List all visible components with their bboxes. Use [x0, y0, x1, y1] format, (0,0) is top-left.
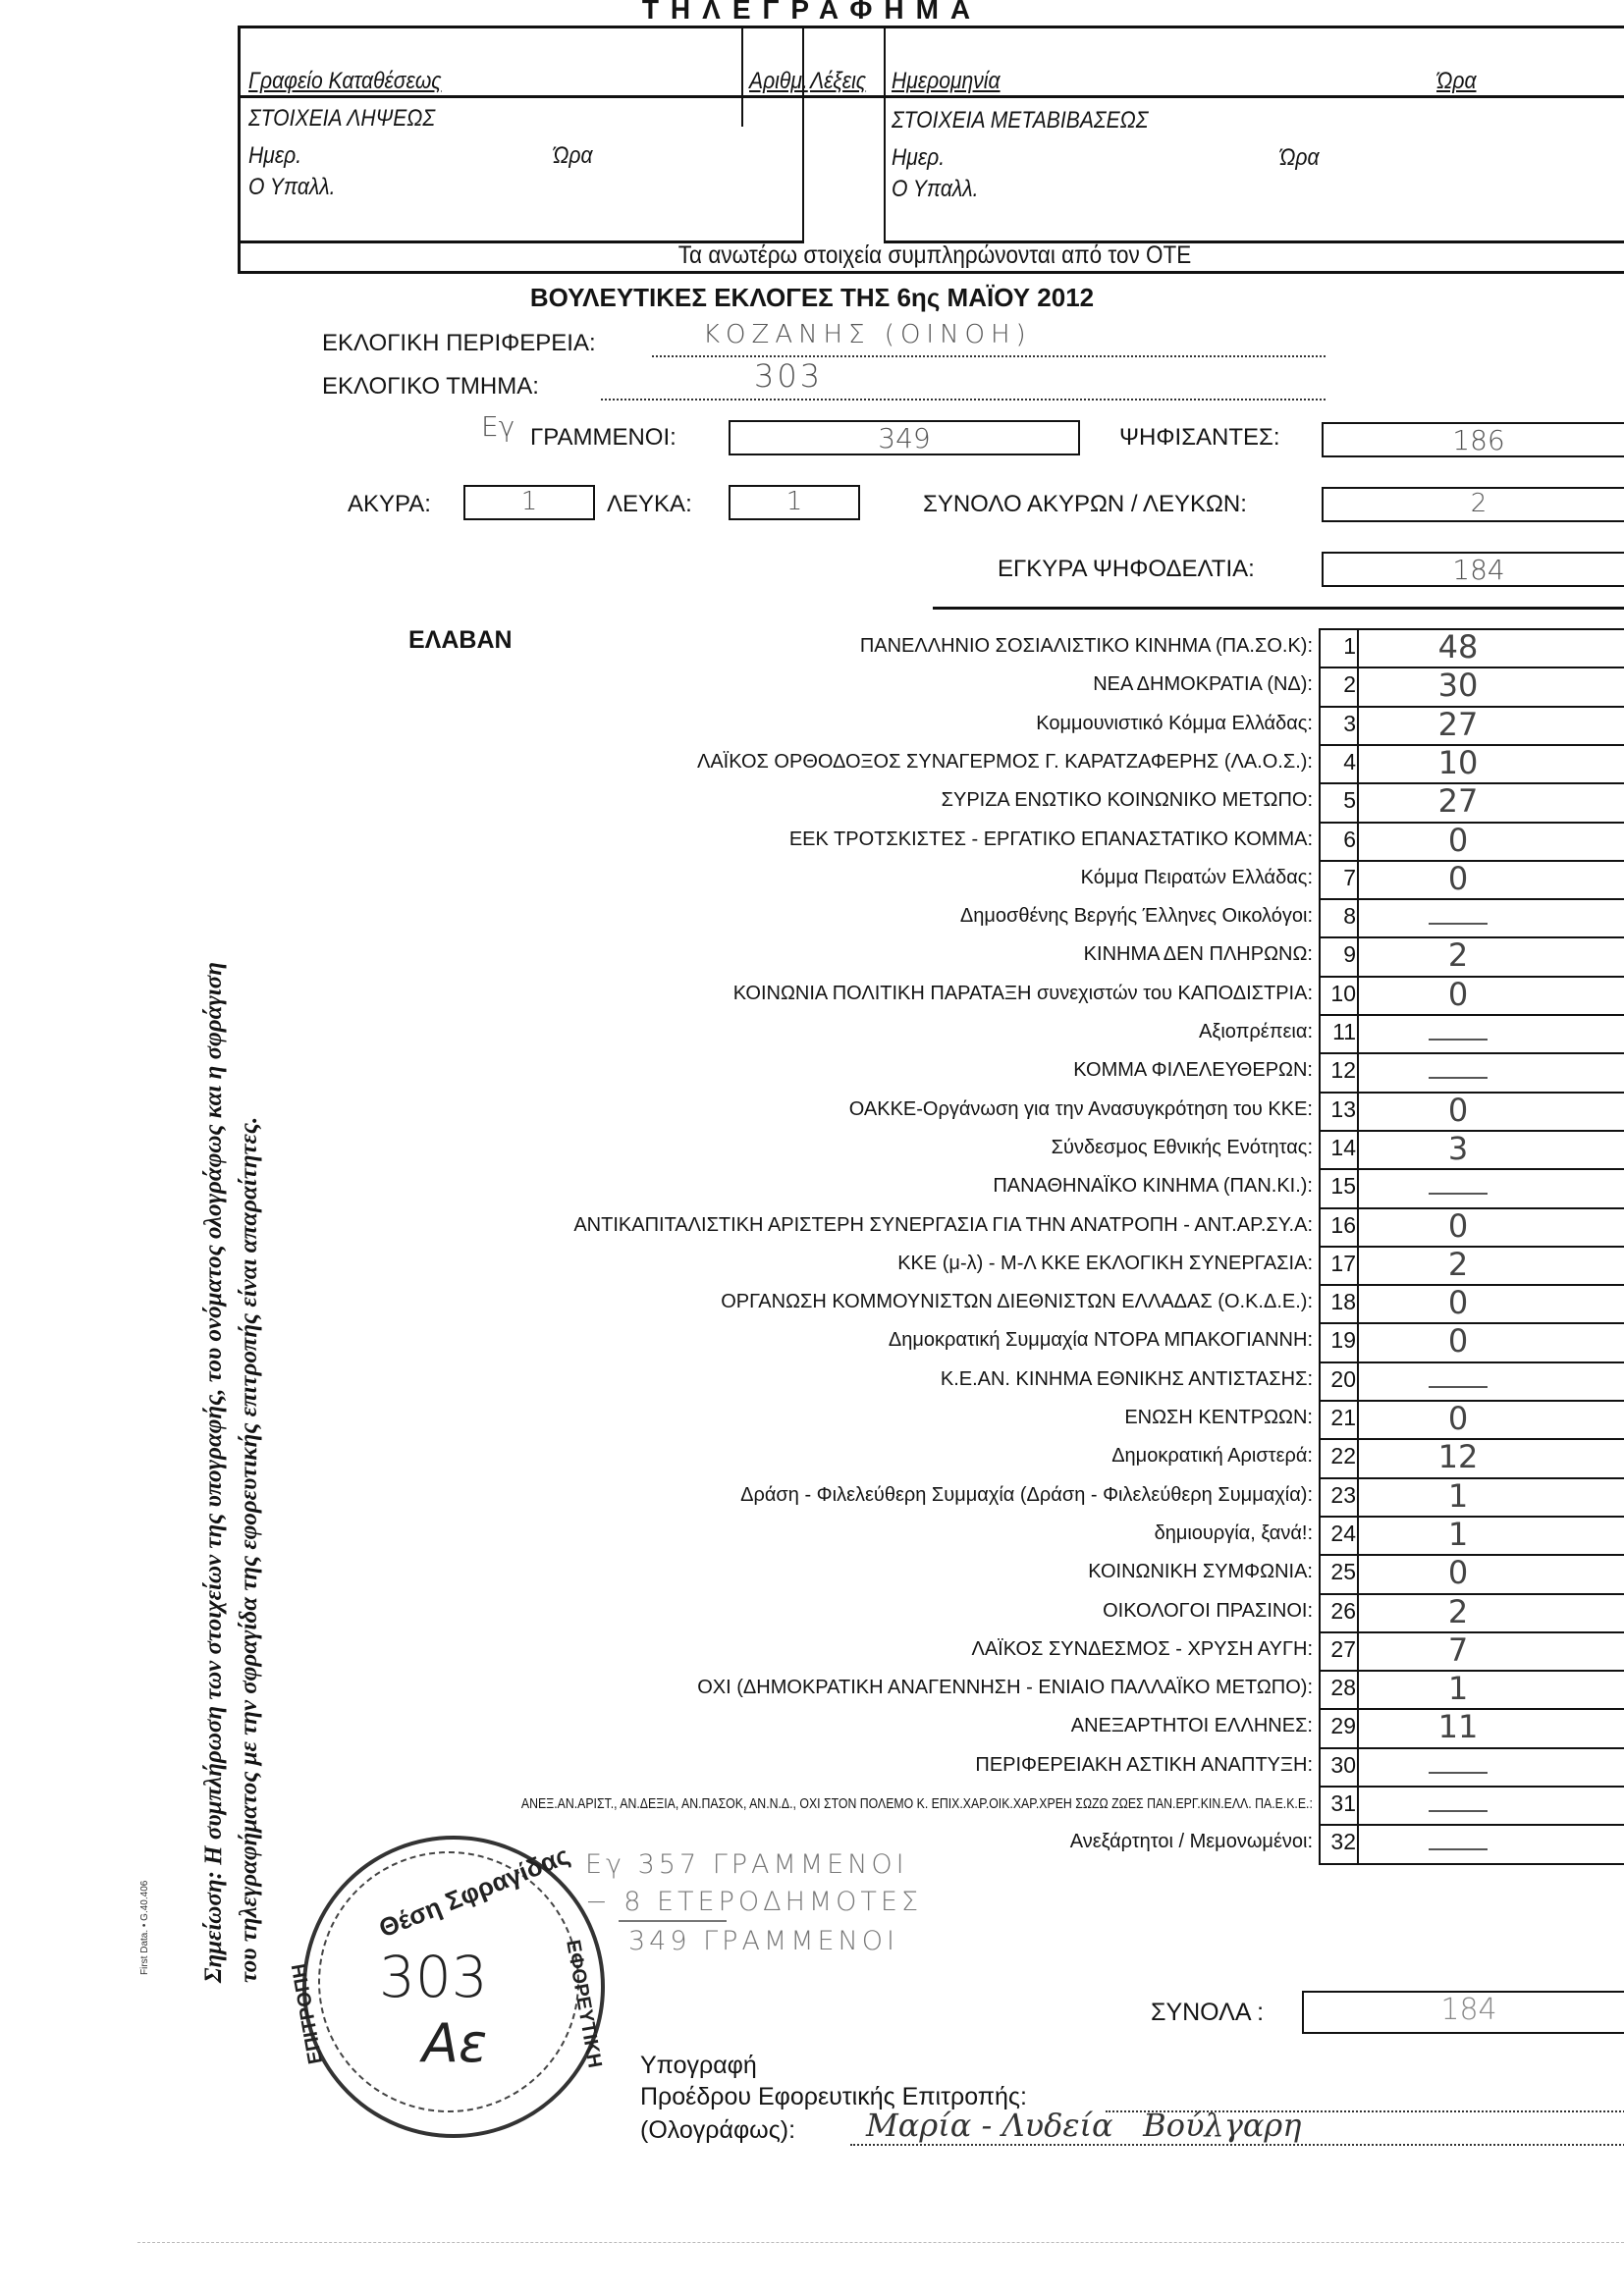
- table-row: ΛΑΪΚΟΣ ΣΥΝΔΕΣΜΟΣ - ΧΡΥΣΗ ΑΥΓΗ:277: [295, 1631, 1624, 1670]
- table-row-line: [1319, 1863, 1624, 1865]
- party-number: 1: [1319, 633, 1356, 660]
- no-votes-dash: [1429, 923, 1488, 925]
- district-field[interactable]: ΚΟΖΑΝΗΣ (ΟΙΝΟΗ): [652, 324, 1326, 357]
- party-number: 16: [1319, 1212, 1356, 1239]
- signature-name-label: (Ολογράφως):: [640, 2116, 795, 2145]
- handwritten-note-line1: Εγ 357 ΓΡΑΜΜΕΝΟΙ: [585, 1849, 908, 1880]
- registered-prefix: Εγ: [481, 410, 514, 443]
- party-votes-field[interactable]: [1365, 1786, 1551, 1823]
- signature-label: Υπογραφή: [640, 2052, 757, 2080]
- divider: [884, 28, 886, 242]
- party-name: ΚΟΜΜΑ ΦΙΛΕΛΕΥΘΕΡΩΝ:: [1073, 1059, 1313, 1082]
- party-number: 6: [1319, 827, 1356, 853]
- party-votes-field[interactable]: [1365, 1014, 1551, 1051]
- party-number: 22: [1319, 1443, 1356, 1469]
- invalid-label: ΑΚΥΡΑ:: [348, 491, 431, 518]
- party-name: ΚΟΙΝΩΝΙΚΗ ΣΥΜΦΩΝΙΑ:: [1088, 1561, 1313, 1583]
- ote-note: Τα ανωτέρω στοιχεία συμπληρώνονται από τ…: [307, 241, 1562, 270]
- party-name: ΑΝΤΙΚΑΠΙΤΑΛΙΣΤΙΚΗ ΑΡΙΣΤΕΡΗ ΣΥΝΕΡΓΑΣΙΑ ΓΙ…: [573, 1214, 1313, 1237]
- party-votes: 10: [1438, 744, 1479, 781]
- section-label: ΕΚΛΟΓΙΚΟ ΤΜΗΜΑ:: [322, 373, 539, 400]
- table-row: Δημοκρατική Αριστερά:2212: [295, 1438, 1624, 1476]
- party-number: 29: [1319, 1713, 1356, 1739]
- voted-label: ΨΗΦΙΣΑΝΤΕΣ:: [1119, 424, 1280, 452]
- party-votes-field[interactable]: 0: [1365, 1400, 1551, 1437]
- no-votes-dash: [1429, 1386, 1488, 1388]
- blank-value: 1: [786, 487, 803, 516]
- party-votes-field[interactable]: 27: [1365, 706, 1551, 743]
- party-number: 2: [1319, 671, 1356, 698]
- handwritten-note-line3: 349 ΓΡΑΜΜΕΝΟΙ: [628, 1926, 898, 1956]
- party-votes-field[interactable]: 1: [1365, 1477, 1551, 1515]
- party-votes-field[interactable]: 1: [1365, 1516, 1551, 1553]
- table-row: ΟΧΙ (ΔΗΜΟΚΡΑΤΙΚΗ ΑΝΑΓΕΝΝΗΣΗ - ΕΝΙΑΙΟ ΠΑΛ…: [295, 1670, 1624, 1708]
- no-votes-dash: [1429, 1848, 1488, 1850]
- telegram-title: ΤΗΛΕΓΡΑΦΗΜΑ: [0, 0, 1624, 26]
- party-number: 31: [1319, 1790, 1356, 1817]
- note-underline: [619, 1920, 727, 1922]
- party-number: 27: [1319, 1636, 1356, 1663]
- party-name: ΚΟΙΝΩΝΙΑ ΠΟΛΙΤΙΚΗ ΠΑΡΑΤΑΞΗ συνεχιστών το…: [733, 983, 1313, 1005]
- totals-field[interactable]: 184: [1302, 1991, 1624, 2034]
- party-number: 32: [1319, 1829, 1356, 1855]
- table-row: δημιουργία, ξανά!:241: [295, 1516, 1624, 1554]
- party-votes: 2: [1448, 1246, 1468, 1283]
- party-name: ΟΡΓΑΝΩΣΗ ΚΟΜΜΟΥΝΙΣΤΩΝ ΔΙΕΘΝΙΣΤΩΝ ΕΛΛΑΔΑΣ…: [721, 1291, 1313, 1313]
- party-votes: 30: [1438, 667, 1479, 704]
- words-label: Λέξεις: [810, 68, 866, 95]
- table-row: Κόμμα Πειρατών Ελλάδας:70: [295, 860, 1624, 898]
- party-name: Κ.Ε.ΑΝ. ΚΙΝΗΜΑ ΕΘΝΙΚΗΣ ΑΝΤΙΣΤΑΣΗΣ:: [941, 1368, 1313, 1391]
- party-number: 3: [1319, 711, 1356, 737]
- party-votes: 0: [1448, 860, 1468, 897]
- table-row: ΕΕΚ ΤΡΟΤΣΚΙΣΤΕΣ - ΕΡΓΑΤΙΚΟ ΕΠΑΝΑΣΤΑΤΙΚΟ …: [295, 822, 1624, 860]
- party-name: Δημοκρατική Αριστερά:: [1111, 1445, 1313, 1468]
- divider: [241, 95, 1624, 98]
- table-row: Αξιοπρέπεια:11: [295, 1014, 1624, 1052]
- party-votes-field[interactable]: 7: [1365, 1631, 1551, 1669]
- party-votes-field[interactable]: 0: [1365, 1284, 1551, 1321]
- party-votes: 1: [1448, 1670, 1468, 1707]
- party-votes: 48: [1438, 628, 1479, 666]
- table-row: ΛΑΪΚΟΣ ΟΡΘΟΔΟΞΟΣ ΣΥΝΑΓΕΡΜΟΣ Γ. ΚΑΡΑΤΖΑΦΕ…: [295, 744, 1624, 782]
- transmission-date-label: Ημερ.: [892, 144, 945, 172]
- party-name: ΠΕΡΙΦΕΡΕΙΑΚΗ ΑΣΤΙΚΗ ΑΝΑΠΤΥΞΗ:: [975, 1754, 1313, 1777]
- party-number: 25: [1319, 1559, 1356, 1585]
- stamp-initials: Αε: [422, 2012, 487, 2074]
- party-name: ΣΥΡΙΖΑ ΕΝΩΤΙΚΟ ΚΟΙΝΩΝΙΚΟ ΜΕΤΩΠΟ:: [942, 789, 1313, 812]
- party-number: 9: [1319, 941, 1356, 968]
- blank-field[interactable]: 1: [729, 485, 860, 520]
- table-row: Κ.Ε.ΑΝ. ΚΙΝΗΜΑ ΕΘΝΙΚΗΣ ΑΝΤΙΣΤΑΣΗΣ:20: [295, 1362, 1624, 1400]
- party-number: 17: [1319, 1251, 1356, 1277]
- table-row: ΣΥΡΙΖΑ ΕΝΩΤΙΚΟ ΚΟΙΝΩΝΙΚΟ ΜΕΤΩΠΟ:527: [295, 782, 1624, 821]
- table-row: ΠΑΝΕΛΛΗΝΙΟ ΣΟΣΙΑΛΙΣΤΙΚΟ ΚΙΝΗΜΑ (ΠΑ.ΣΟ.Κ)…: [295, 628, 1624, 667]
- party-votes-field[interactable]: 0: [1365, 860, 1551, 897]
- party-number: 23: [1319, 1482, 1356, 1509]
- office-label: Γραφείο Καταθέσεως: [248, 68, 442, 95]
- divider: [933, 607, 1624, 610]
- party-name: ΛΑΪΚΟΣ ΣΥΝΔΕΣΜΟΣ - ΧΡΥΣΗ ΑΥΓΗ:: [971, 1638, 1313, 1661]
- signature-name-value: Μαρία - Λυδεία Βούλγαρη: [866, 2107, 1301, 2144]
- transmission-title: ΣΤΟΙΧΕΙΑ ΜΕΤΑΒΙΒΑΣΕΩΣ: [892, 107, 1148, 134]
- transmission-time-label: Ώρα: [1279, 144, 1320, 172]
- table-row: ΚΟΜΜΑ ΦΙΛΕΛΕΥΘΕΡΩΝ:12: [295, 1052, 1624, 1091]
- date-label: Ημερομηνία: [892, 68, 1001, 95]
- party-votes-field[interactable]: 11: [1365, 1708, 1551, 1745]
- table-row: ΚΟΙΝΩΝΙΑ ΠΟΛΙΤΙΚΗ ΠΑΡΑΤΑΞΗ συνεχιστών το…: [295, 976, 1624, 1014]
- party-votes: 0: [1448, 1322, 1468, 1360]
- valid-value: 184: [1452, 554, 1504, 586]
- invalid-blank-total-field[interactable]: 2: [1322, 487, 1624, 522]
- party-number: 21: [1319, 1405, 1356, 1431]
- table-row: ΑΝΤΙΚΑΠΙΤΑΛΙΣΤΙΚΗ ΑΡΙΣΤΕΡΗ ΣΥΝΕΡΓΑΣΙΑ ΓΙ…: [295, 1207, 1624, 1246]
- table-row: ΑΝΕΞ.ΑΝ.ΑΡΙΣΤ., ΑΝ.ΔΕΞΙΑ, ΑΝ.ΠΑΣΟΚ, ΑΝ.Ν…: [295, 1786, 1624, 1824]
- table-row: Σύνδεσμος Εθνικής Ενότητας:143: [295, 1130, 1624, 1168]
- party-name: ΕΝΩΣΗ ΚΕΝΤΡΩΩΝ:: [1124, 1407, 1313, 1429]
- party-votes: 2: [1448, 1593, 1468, 1630]
- party-votes: 1: [1448, 1477, 1468, 1515]
- divider: [802, 28, 804, 242]
- party-votes-field[interactable]: 12: [1365, 1438, 1551, 1475]
- party-votes-field[interactable]: [1365, 898, 1551, 935]
- table-row: Δημοκρατική Συμμαχία ΝΤΟΡΑ ΜΠΑΚΟΓΙΑΝΝΗ:1…: [295, 1322, 1624, 1361]
- table-row: ΚΙΝΗΜΑ ΔΕΝ ΠΛΗΡΩΝΩ:92: [295, 936, 1624, 975]
- party-votes-field[interactable]: 1: [1365, 1670, 1551, 1707]
- party-votes-field[interactable]: 30: [1365, 667, 1551, 704]
- party-votes: 0: [1448, 1284, 1468, 1321]
- party-votes: 1: [1448, 1516, 1468, 1553]
- party-votes-field[interactable]: [1365, 1362, 1551, 1399]
- party-votes: 27: [1438, 782, 1479, 820]
- invalid-field[interactable]: 1: [463, 485, 595, 520]
- divider: [137, 2242, 1624, 2243]
- party-votes-field[interactable]: 2: [1365, 1593, 1551, 1630]
- party-votes-field[interactable]: [1365, 1824, 1551, 1861]
- party-number: 20: [1319, 1366, 1356, 1393]
- party-number: 13: [1319, 1096, 1356, 1123]
- party-votes-field[interactable]: [1365, 1747, 1551, 1785]
- invalid-value: 1: [521, 487, 538, 516]
- party-votes-field[interactable]: 27: [1365, 782, 1551, 820]
- party-votes-field[interactable]: 48: [1365, 628, 1551, 666]
- party-votes-field[interactable]: 0: [1365, 1207, 1551, 1245]
- party-votes-field[interactable]: 0: [1365, 822, 1551, 859]
- party-votes: 0: [1448, 1207, 1468, 1245]
- party-number: 30: [1319, 1752, 1356, 1779]
- party-votes-field[interactable]: 0: [1365, 1554, 1551, 1591]
- table-row: ΠΑΝΑΘΗΝΑΪΚΟ ΚΙΝΗΜΑ (ΠΑΝ.ΚΙ.):15: [295, 1168, 1624, 1206]
- registered-value: 349: [878, 422, 930, 454]
- printer-mark: First Data. • G.40.406: [139, 1881, 150, 1975]
- party-votes: 27: [1438, 706, 1479, 743]
- party-number: 7: [1319, 865, 1356, 891]
- party-name: ΟΧΙ (ΔΗΜΟΚΡΑΤΙΚΗ ΑΝΑΓΕΝΝΗΣΗ - ΕΝΙΑΙΟ ΠΑΛ…: [697, 1677, 1313, 1699]
- party-name: ΑΝΕΞ.ΑΝ.ΑΡΙΣΤ., ΑΝ.ΔΕΞΙΑ, ΑΝ.ΠΑΣΟΚ, ΑΝ.Ν…: [521, 1795, 1313, 1812]
- side-note-line1: Σημείωση: Η συμπλήρωση των στοιχείων της…: [196, 962, 232, 1983]
- section-value: 303: [754, 357, 823, 395]
- valid-label: ΕΓΚΥΡΑ ΨΗΦΟΔΕΛΤΙΑ:: [998, 556, 1255, 583]
- party-votes: 3: [1448, 1130, 1468, 1167]
- election-title: ΒΟΥΛΕΥΤΙΚΕΣ ΕΚΛΟΓΕΣ ΤΗΣ 6ης ΜΑΪΟΥ 2012: [0, 283, 1624, 313]
- party-votes-field[interactable]: 2: [1365, 1246, 1551, 1283]
- side-note-line2: του τηλεγραφήματος με την σφραγίδα της ε…: [232, 962, 267, 1983]
- transmission-clerk-label: Ο Υπαλλ.: [892, 176, 979, 203]
- party-name: ΟΑΚΚΕ-Οργάνωση για την Ανασυγκρότηση του…: [849, 1098, 1313, 1121]
- party-name: Σύνδεσμος Εθνικής Ενότητας:: [1052, 1137, 1313, 1159]
- stamp-number: 303: [379, 1944, 488, 2010]
- party-number: 5: [1319, 787, 1356, 814]
- party-name: Κόμμα Πειρατών Ελλάδας:: [1081, 867, 1313, 889]
- party-votes-field[interactable]: 0: [1365, 1092, 1551, 1129]
- party-votes: 12: [1438, 1438, 1479, 1475]
- party-votes: 0: [1448, 1400, 1468, 1437]
- party-number: 18: [1319, 1289, 1356, 1315]
- section-field[interactable]: 303: [601, 367, 1326, 400]
- reception-date-label: Ημερ.: [248, 142, 301, 170]
- no-votes-dash: [1429, 1077, 1488, 1079]
- invalid-blank-total-value: 2: [1471, 489, 1488, 518]
- party-number: 19: [1319, 1327, 1356, 1354]
- party-votes-field[interactable]: 0: [1365, 976, 1551, 1013]
- party-votes: 2: [1448, 936, 1468, 974]
- totals-value: 184: [1440, 1993, 1496, 2027]
- table-row: ΠΕΡΙΦΕΡΕΙΑΚΗ ΑΣΤΙΚΗ ΑΝΑΠΤΥΞΗ:30: [295, 1747, 1624, 1786]
- side-note: Σημείωση: Η συμπλήρωση των στοιχείων της…: [196, 962, 267, 1983]
- table-row: ΑΝΕΞΑΡΤΗΤΟΙ ΕΛΛΗΝΕΣ:2911: [295, 1708, 1624, 1746]
- number-label: Αριθμ.: [749, 68, 808, 95]
- table-row: ΚΚΕ (μ-λ) - Μ-Λ ΚΚΕ ΕΚΛΟΓΙΚΗ ΣΥΝΕΡΓΑΣΙΑ:…: [295, 1246, 1624, 1284]
- divider: [238, 271, 1624, 274]
- party-votes-field[interactable]: 10: [1365, 744, 1551, 781]
- party-number: 10: [1319, 981, 1356, 1007]
- district-value: ΚΟΖΑΝΗΣ (ΟΙΝΟΗ): [703, 320, 1032, 349]
- ote-header-block: Γραφείο Καταθέσεως Αριθμ. Λέξεις Ημερομη…: [238, 26, 1624, 274]
- party-number: 26: [1319, 1598, 1356, 1625]
- party-votes: 7: [1448, 1631, 1468, 1669]
- totals-label: ΣΥΝΟΛΑ :: [1151, 1999, 1264, 2027]
- voted-field[interactable]: 186: [1322, 422, 1624, 457]
- party-votes-field[interactable]: [1365, 1168, 1551, 1205]
- time-label: Ώρα: [1436, 68, 1477, 95]
- registered-field[interactable]: 349: [729, 420, 1080, 455]
- divider: [741, 28, 743, 127]
- reception-clerk-label: Ο Υπαλλ.: [248, 174, 336, 201]
- party-votes: 0: [1448, 1092, 1468, 1129]
- party-name: ΠΑΝΕΛΛΗΝΙΟ ΣΟΣΙΑΛΙΣΤΙΚΟ ΚΙΝΗΜΑ (ΠΑ.ΣΟ.Κ)…: [860, 635, 1313, 658]
- signature-name-field[interactable]: Μαρία - Λυδεία Βούλγαρη: [850, 2122, 1624, 2146]
- party-name: Κομμουνιστικό Κόμμα Ελλάδας:: [1036, 713, 1313, 735]
- party-name: Δράση - Φιλελεύθερη Συμμαχία (Δράση - Φι…: [740, 1484, 1313, 1507]
- party-name: ΝΕΑ ΔΗΜΟΚΡΑΤΙΑ (ΝΔ):: [1093, 673, 1313, 696]
- party-votes: 11: [1438, 1708, 1479, 1745]
- party-votes: 0: [1448, 1554, 1468, 1591]
- no-votes-dash: [1429, 1039, 1488, 1041]
- party-name: ΚΚΕ (μ-λ) - Μ-Λ ΚΚΕ ΕΚΛΟΓΙΚΗ ΣΥΝΕΡΓΑΣΙΑ:: [897, 1253, 1313, 1275]
- party-number: 15: [1319, 1173, 1356, 1200]
- no-votes-dash: [1429, 1193, 1488, 1195]
- reception-time-label: Ώρα: [553, 142, 593, 170]
- party-number: 28: [1319, 1675, 1356, 1701]
- table-row: ΕΝΩΣΗ ΚΕΝΤΡΩΩΝ:210: [295, 1400, 1624, 1438]
- party-votes: 0: [1448, 822, 1468, 859]
- party-name: Δημοκρατική Συμμαχία ΝΤΟΡΑ ΜΠΑΚΟΓΙΑΝΝΗ:: [889, 1329, 1313, 1352]
- table-row: ΚΟΙΝΩΝΙΚΗ ΣΥΜΦΩΝΙΑ:250: [295, 1554, 1624, 1592]
- party-number: 24: [1319, 1521, 1356, 1547]
- party-name: ΟΙΚΟΛΟΓΟΙ ΠΡΑΣΙΝΟΙ:: [1103, 1600, 1313, 1623]
- party-name: ΕΕΚ ΤΡΟΤΣΚΙΣΤΕΣ - ΕΡΓΑΤΙΚΟ ΕΠΑΝΑΣΤΑΤΙΚΟ …: [789, 828, 1313, 851]
- party-name: ΠΑΝΑΘΗΝΑΪΚΟ ΚΙΝΗΜΑ (ΠΑΝ.ΚΙ.):: [993, 1175, 1313, 1198]
- party-number: 4: [1319, 749, 1356, 775]
- valid-field[interactable]: 184: [1322, 552, 1624, 587]
- reception-title: ΣΤΟΙΧΕΙΑ ΛΗΨΕΩΣ: [248, 105, 435, 133]
- party-votes-field[interactable]: 3: [1365, 1130, 1551, 1167]
- table-row: ΝΕΑ ΔΗΜΟΚΡΑΤΙΑ (ΝΔ):230: [295, 667, 1624, 705]
- table-row: Δημοσθένης Βεργής Έλληνες Οικολόγοι:8: [295, 898, 1624, 936]
- party-votes-field[interactable]: 2: [1365, 936, 1551, 974]
- table-row: Δράση - Φιλελεύθερη Συμμαχία (Δράση - Φι…: [295, 1477, 1624, 1516]
- no-votes-dash: [1429, 1772, 1488, 1774]
- table-row: ΟΙΚΟΛΟΓΟΙ ΠΡΑΣΙΝΟΙ:262: [295, 1593, 1624, 1631]
- party-number: 12: [1319, 1057, 1356, 1084]
- party-name: ΑΝΕΞΑΡΤΗΤΟΙ ΕΛΛΗΝΕΣ:: [1071, 1715, 1313, 1737]
- party-votes-field[interactable]: [1365, 1052, 1551, 1090]
- registered-label: ΓΡΑΜΜΕΝΟΙ:: [530, 424, 677, 452]
- invalid-blank-total-label: ΣΥΝΟΛΟ ΑΚΥΡΩΝ / ΛΕΥΚΩΝ:: [923, 491, 1247, 518]
- handwritten-note-line2: − 8 ΕΤΕΡΟΔΗΜΟΤΕΣ: [585, 1887, 922, 1917]
- voted-value: 186: [1452, 424, 1504, 456]
- no-votes-dash: [1429, 1810, 1488, 1812]
- party-name: Αξιοπρέπεια:: [1199, 1021, 1313, 1043]
- party-number: 14: [1319, 1135, 1356, 1161]
- party-name: ΚΙΝΗΜΑ ΔΕΝ ΠΛΗΡΩΝΩ:: [1084, 943, 1313, 966]
- district-label: ΕΚΛΟΓΙΚΗ ΠΕΡΙΦΕΡΕΙΑ:: [322, 330, 596, 357]
- party-number: 8: [1319, 903, 1356, 930]
- table-row: Κομμουνιστικό Κόμμα Ελλάδας:327: [295, 706, 1624, 744]
- party-name: ΛΑΪΚΟΣ ΟΡΘΟΔΟΞΟΣ ΣΥΝΑΓΕΡΜΟΣ Γ. ΚΑΡΑΤΖΑΦΕ…: [697, 751, 1313, 774]
- party-votes-field[interactable]: 0: [1365, 1322, 1551, 1360]
- blank-label: ΛΕΥΚΑ:: [607, 491, 692, 518]
- party-name: δημιουργία, ξανά!:: [1155, 1522, 1313, 1545]
- table-row: ΟΑΚΚΕ-Οργάνωση για την Ανασυγκρότηση του…: [295, 1092, 1624, 1130]
- party-number: 11: [1319, 1019, 1356, 1045]
- table-row: ΟΡΓΑΝΩΣΗ ΚΟΜΜΟΥΝΙΣΤΩΝ ΔΙΕΘΝΙΣΤΩΝ ΕΛΛΑΔΑΣ…: [295, 1284, 1624, 1322]
- party-name: Ανεξάρτητοι / Μεμονωμένοι:: [1070, 1831, 1313, 1853]
- party-name: Δημοσθένης Βεργής Έλληνες Οικολόγοι:: [960, 905, 1313, 928]
- party-votes: 0: [1448, 976, 1468, 1013]
